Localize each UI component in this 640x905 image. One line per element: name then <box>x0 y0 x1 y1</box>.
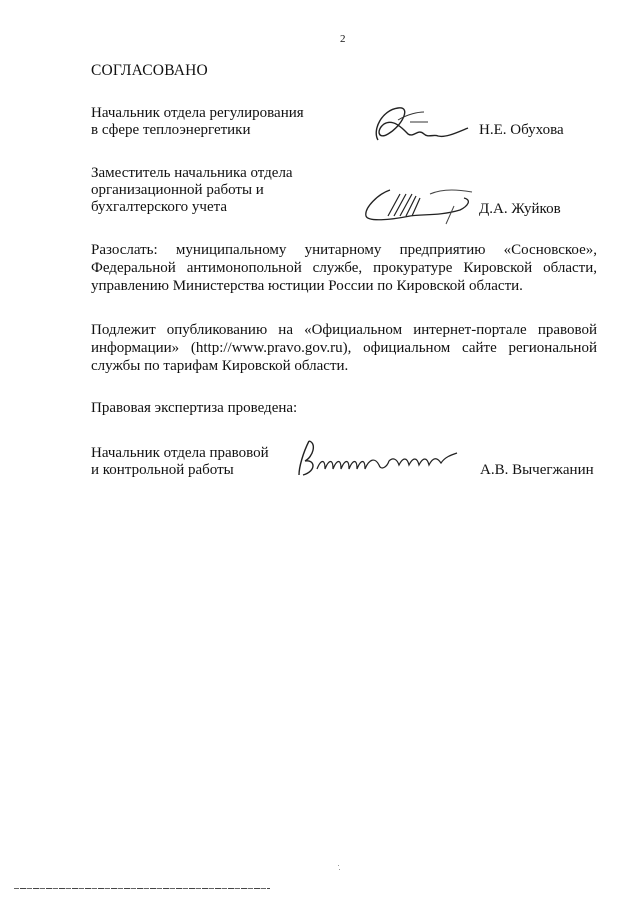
approval-heading: СОГЛАСОВАНО <box>91 62 208 80</box>
approver-1-name: Н.Е. Обухова <box>479 122 564 139</box>
legal-review-label: Правовая экспертиза проведена: <box>91 400 297 417</box>
paragraph-line: Разослать: муниципальному унитарному пре… <box>91 241 597 259</box>
paragraph-line: Федеральной антимонопольной службе, прок… <box>91 259 597 277</box>
approver-2-title: Заместитель начальника отдела организаци… <box>91 165 293 216</box>
signature-vychegzhanin <box>295 437 465 482</box>
legal-reviewer-name: А.В. Вычегжанин <box>480 462 594 479</box>
title-line: Начальник отдела правовой <box>91 445 269 462</box>
footer-dashed-line <box>14 888 270 889</box>
title-line: бухгалтерского учета <box>91 199 293 216</box>
title-line: в сфере теплоэнергетики <box>91 122 304 139</box>
title-line: Начальник отдела регулирования <box>91 105 304 122</box>
paragraph-line: службы по тарифам Кировской области. <box>91 357 597 375</box>
signature-zhuykov <box>360 180 480 230</box>
page-number: 2 <box>340 33 346 45</box>
title-line: Заместитель начальника отдела <box>91 165 293 182</box>
scan-artifact <box>338 865 339 866</box>
publication-paragraph: Подлежит опубликованию на «Официальном и… <box>91 321 597 375</box>
paragraph-line: информации» (http://www.pravo.gov.ru), о… <box>91 339 597 357</box>
approver-2-name: Д.А. Жуйков <box>479 201 561 218</box>
paragraph-line: Подлежит опубликованию на «Официальном и… <box>91 321 597 339</box>
approver-1-title: Начальник отдела регулирования в сфере т… <box>91 105 304 139</box>
signature-obukhova <box>368 100 478 150</box>
scan-artifact <box>339 869 340 870</box>
paragraph-line: управлению Министерства юстиции России п… <box>91 277 597 295</box>
distribution-paragraph: Разослать: муниципальному унитарному пре… <box>91 241 597 295</box>
title-line: организационной работы и <box>91 182 293 199</box>
legal-reviewer-title: Начальник отдела правовой и контрольной … <box>91 445 269 479</box>
title-line: и контрольной работы <box>91 462 269 479</box>
